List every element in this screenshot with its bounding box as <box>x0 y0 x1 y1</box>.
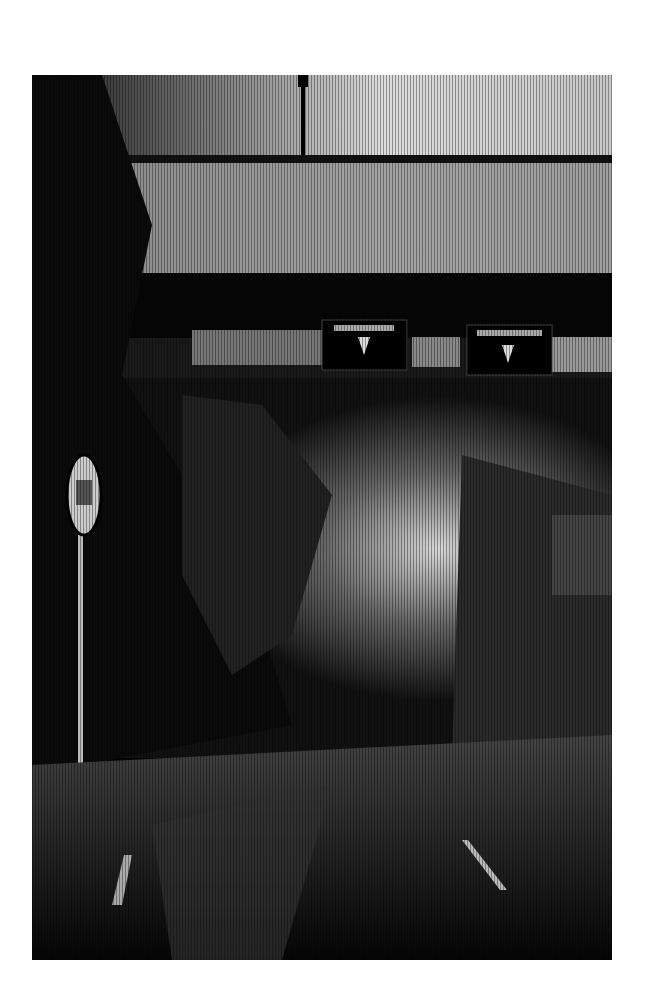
photo-scene <box>32 75 612 960</box>
right-buildings <box>452 455 612 775</box>
photograph <box>32 75 612 960</box>
light-pole <box>301 85 305 155</box>
road <box>32 735 612 960</box>
